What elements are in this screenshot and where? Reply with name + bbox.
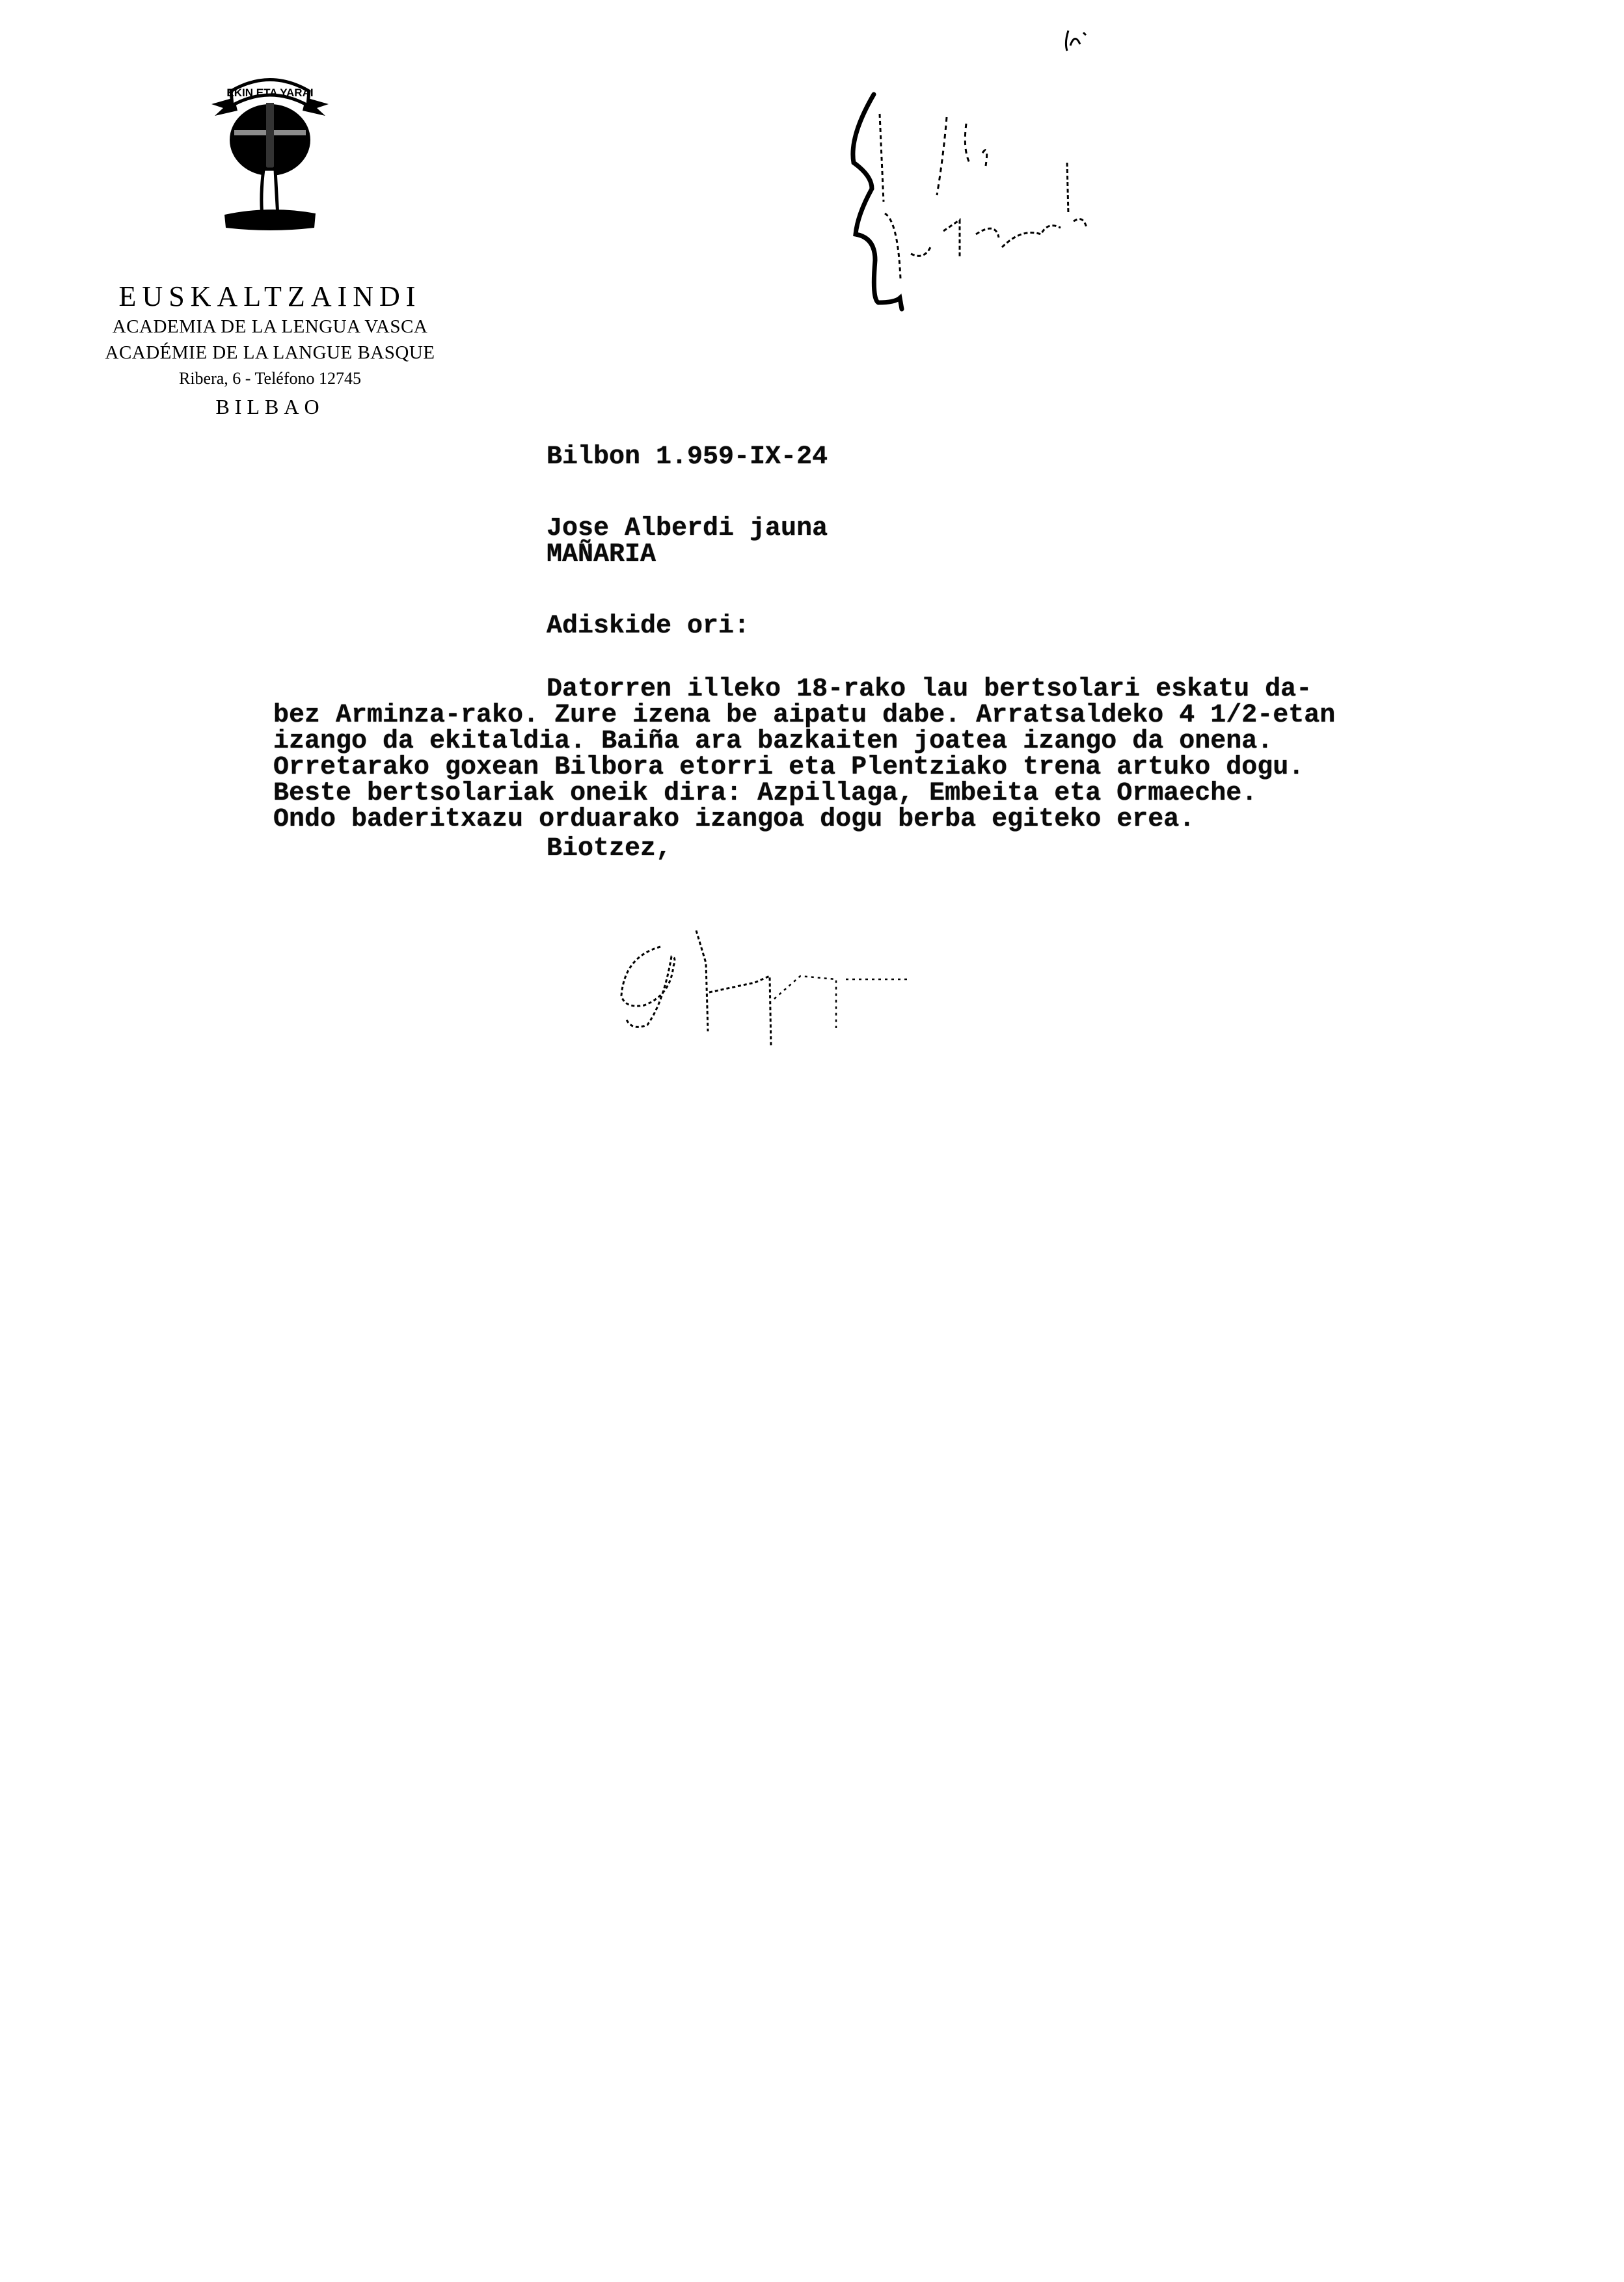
letter-greeting: Adiskide ori: xyxy=(547,612,750,642)
org-address: Ribera, 6 - Teléfono 12745 xyxy=(52,366,488,392)
org-name: EUSKALTZAINDI xyxy=(52,280,488,314)
letter-closing: Biotzez, xyxy=(547,834,671,864)
letter-date: Bilbon 1.959-IX-24 xyxy=(547,442,828,472)
letter-page: EKIN ETA YARAI EUSKALTZAINDI ACADEMIA DE… xyxy=(0,0,1624,2282)
handwritten-note-icon xyxy=(846,13,1624,325)
body-line: bez Arminza-rako. Zure izena be aipatu d… xyxy=(273,703,1335,729)
letter-body: Datorren illeko 18-rako lau bertsolari e… xyxy=(273,677,1335,833)
recipient-place: MAÑARIA xyxy=(547,540,656,570)
oak-tree-logo-icon: EKIN ETA YARAI xyxy=(198,65,342,234)
body-line: Beste bertsolariak oneik dira: Azpillaga… xyxy=(273,781,1335,807)
svg-text:EKIN ETA YARAI: EKIN ETA YARAI xyxy=(226,87,313,99)
org-subtitle-fr: ACADÉMIE DE LA LANGUE BASQUE xyxy=(52,340,488,366)
body-line: izango da ekitaldia. Baiña ara bazkaiten… xyxy=(273,729,1335,755)
org-subtitle-es: ACADEMIA DE LA LENGUA VASCA xyxy=(52,314,488,340)
org-city: BILBAO xyxy=(52,392,488,422)
body-line: Ondo baderitxazu orduarako izangoa dogu … xyxy=(273,807,1335,833)
letterhead: EKIN ETA YARAI EUSKALTZAINDI ACADEMIA DE… xyxy=(52,65,488,422)
handwritten-signature-icon xyxy=(586,911,911,1080)
body-line: Orretarako goxean Bilbora etorri eta Ple… xyxy=(273,755,1335,781)
body-line: Datorren illeko 18-rako lau bertsolari e… xyxy=(273,677,1335,703)
